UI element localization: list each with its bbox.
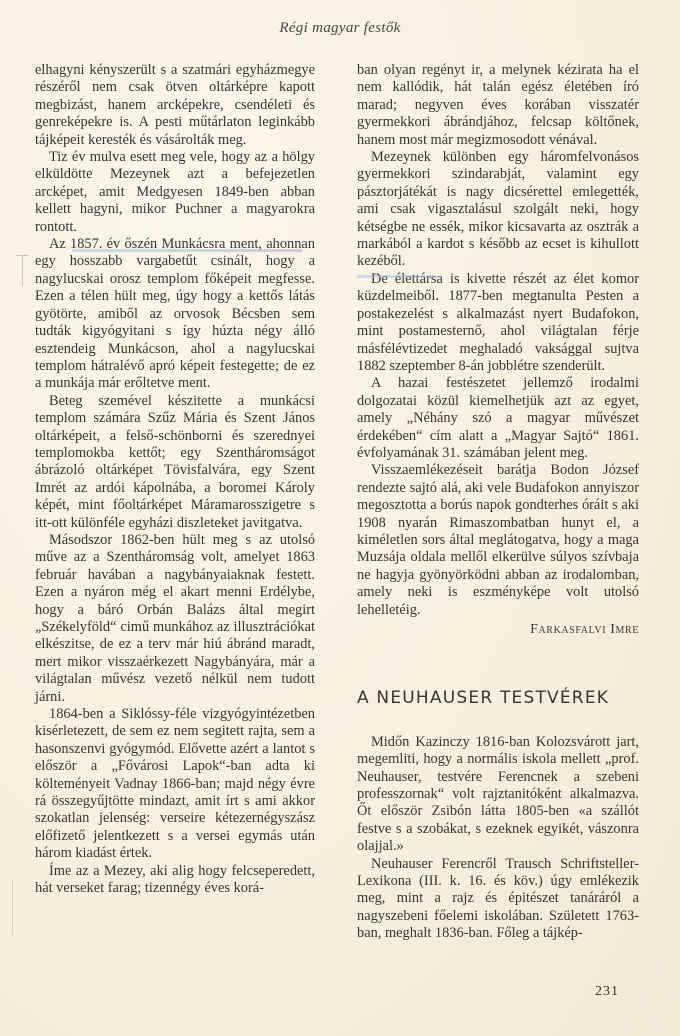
- page-number: 231: [595, 984, 619, 1000]
- left-column: elhagyni kényszerült s a szatmári egyház…: [35, 62, 315, 898]
- running-head: Régi magyar festők: [0, 20, 680, 37]
- paragraph: ban olyan regényt ir, a melynek kézirata…: [357, 62, 639, 149]
- paragraph: 1864-ben a Siklóssy-féle vizgyógyintézet…: [35, 706, 315, 863]
- paragraph: A hazai festészetet jellemző irodalmi do…: [357, 375, 639, 462]
- paragraph: Tiz év mulva esett meg vele, hogy az a h…: [35, 149, 315, 236]
- paragraph: Visszaemlékezéseit barátja Bodon József …: [357, 462, 639, 619]
- paragraph: Neuhauser Ferencről Trausch Schriftstell…: [357, 856, 639, 943]
- paragraph: Mezeynek különben egy háromfelvonásos gy…: [357, 149, 639, 271]
- paragraph: Íme az a Mezey, aki alig hogy felcsepere…: [35, 863, 315, 898]
- author-signature: Farkasfalvi Imre: [357, 621, 639, 638]
- paragraph: Midőn Kazinczy 1816-ban Kolozsvárott jar…: [357, 734, 639, 856]
- right-column: ban olyan regényt ir, a melynek kézirata…: [357, 62, 639, 943]
- paragraph: De élettársa is kivette részét az élet k…: [357, 271, 639, 375]
- paragraph: Beteg szemével készitette a munkácsi tem…: [35, 393, 315, 532]
- paragraph: Az 1857. év őszén Munkácsra ment, ahonna…: [35, 236, 315, 393]
- paragraph: Másodszor 1862-ben hült meg s az utolsó …: [35, 532, 315, 706]
- paragraph: elhagyni kényszerült s a szatmári egyház…: [35, 62, 315, 149]
- section-title: A NEUHAUSER TESTVÉREK: [357, 690, 639, 707]
